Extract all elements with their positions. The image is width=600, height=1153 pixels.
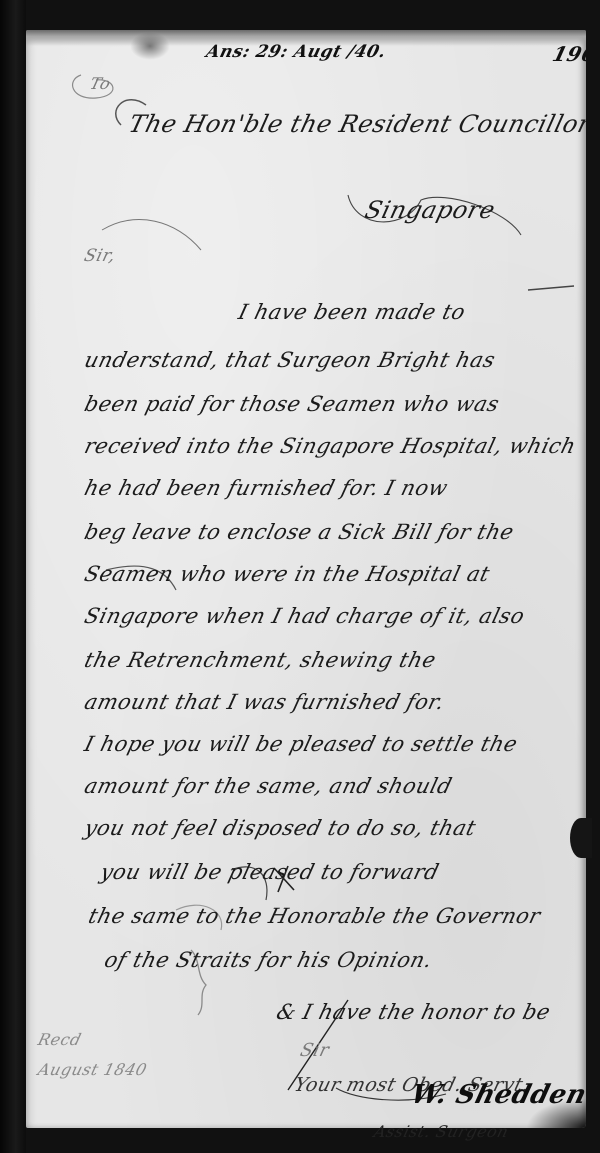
body-line: been paid for those Seamen who was xyxy=(82,392,502,416)
closing-line-1: & I have the honor to be xyxy=(274,1000,553,1024)
body-line: understand, that Surgeon Bright has xyxy=(82,348,498,372)
body-line: the Retrenchment, shewing the xyxy=(82,648,439,672)
addressee-line-2: Singapore xyxy=(362,196,498,224)
body-line: you will be pleased to forward xyxy=(98,860,442,884)
ink-stain xyxy=(130,32,170,60)
body-line: received into the Singapore Hospital, wh… xyxy=(82,434,579,458)
salutation: Sir, xyxy=(82,246,118,266)
body-line: Seamen who were in the Hospital at xyxy=(82,562,492,586)
letter-paper: Ans: 29: Augt /40. 196 To The Hon'ble th… xyxy=(26,30,586,1128)
folio-number: 196 xyxy=(550,42,586,66)
body-line: I hope you will be pleased to settle the xyxy=(82,732,520,756)
signature: W. Shedden xyxy=(408,1080,590,1110)
binding-edge xyxy=(0,0,26,1153)
body-line: Singapore when I had charge of it, also xyxy=(82,604,527,628)
body-line: amount that I was furnished for. xyxy=(82,690,447,714)
body-line: he had been furnished for. I now xyxy=(82,476,450,500)
scanned-page: Ans: 29: Augt /40. 196 To The Hon'ble th… xyxy=(0,0,600,1153)
margin-date: August 1840 xyxy=(36,1060,149,1079)
corner-mark: To xyxy=(88,74,113,93)
body-line: of the Straits for his Opinion. xyxy=(102,948,435,972)
body-line: beg leave to enclose a Sick Bill for the xyxy=(82,520,517,544)
body-line: I have been made to xyxy=(236,300,468,324)
signatory-title: Assist. Surgeon xyxy=(372,1122,511,1141)
closing-line-2: Sir xyxy=(298,1040,331,1061)
body-line: the same to the Honorable the Governor xyxy=(86,904,543,928)
body-line: amount for the same, and should xyxy=(82,774,455,798)
addressee-line-1: The Hon'ble the Resident Councillor xyxy=(126,110,586,138)
paper-clip-shadow xyxy=(570,818,592,858)
docket-note: Ans: 29: Augt /40. xyxy=(204,42,388,62)
body-line: you not feel disposed to do so, that xyxy=(82,816,479,840)
margin-received: Recd xyxy=(36,1030,83,1049)
